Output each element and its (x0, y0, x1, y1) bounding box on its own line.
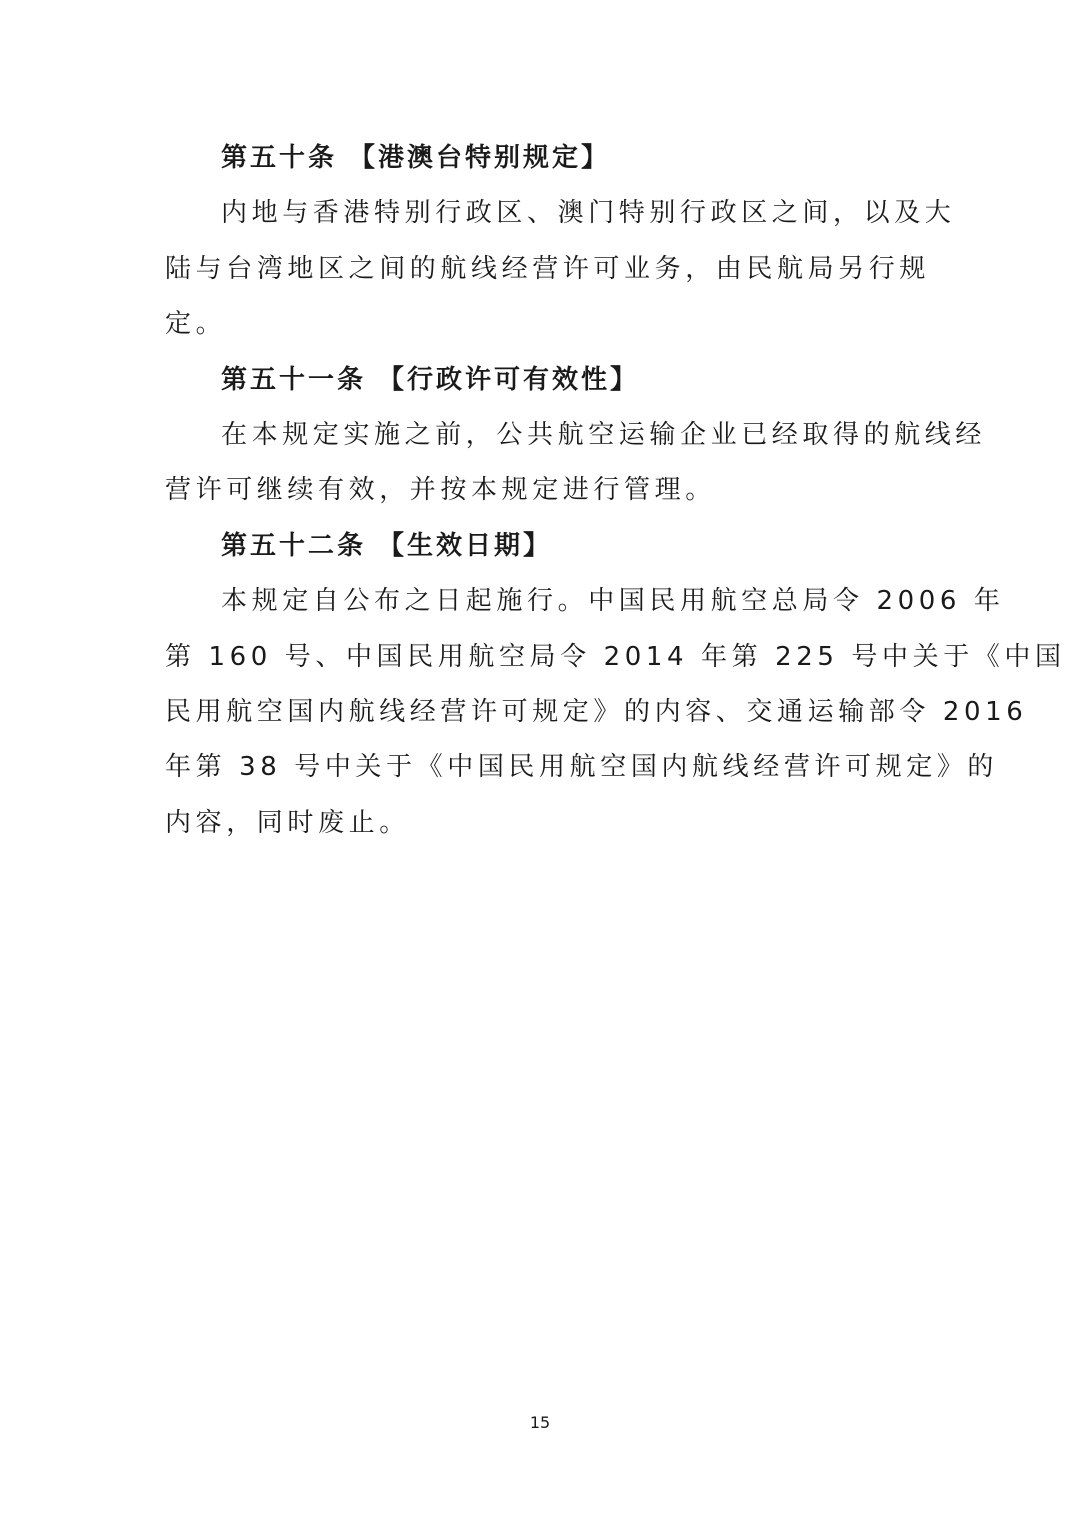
article-50: 第五十条 【港澳台特别规定】 内地与香港特别行政区、澳门特别行政区之间，以及大 … (165, 131, 917, 353)
document-page: 第五十条 【港澳台特别规定】 内地与香港特别行政区、澳门特别行政区之间，以及大 … (0, 0, 1080, 1526)
paragraph-line: 陆与台湾地区之间的航线经营许可业务，由民航局另行规 (165, 242, 917, 297)
paragraph-line: 第 160 号、中国民用航空局令 2014 年第 225 号中关于《中国 (165, 630, 917, 685)
paragraph-line: 本规定自公布之日起施行。中国民用航空总局令 2006 年 (165, 574, 917, 629)
paragraph-line: 营许可继续有效，并按本规定进行管理。 (165, 463, 917, 518)
article-heading: 第五十二条 【生效日期】 (165, 519, 917, 574)
article-heading: 第五十一条 【行政许可有效性】 (165, 353, 917, 408)
paragraph-line: 定。 (165, 297, 917, 352)
paragraph-line: 在本规定实施之前，公共航空运输企业已经取得的航线经 (165, 408, 917, 463)
page-number: 15 (0, 1413, 1080, 1432)
article-heading: 第五十条 【港澳台特别规定】 (165, 131, 917, 186)
document-body: 第五十条 【港澳台特别规定】 内地与香港特别行政区、澳门特别行政区之间，以及大 … (165, 131, 917, 851)
article-52: 第五十二条 【生效日期】 本规定自公布之日起施行。中国民用航空总局令 2006 … (165, 519, 917, 851)
article-51: 第五十一条 【行政许可有效性】 在本规定实施之前，公共航空运输企业已经取得的航线… (165, 353, 917, 519)
paragraph-line: 内地与香港特别行政区、澳门特别行政区之间，以及大 (165, 186, 917, 241)
paragraph-line: 年第 38 号中关于《中国民用航空国内航线经营许可规定》的 (165, 740, 917, 795)
paragraph-line: 民用航空国内航线经营许可规定》的内容、交通运输部令 2016 (165, 685, 917, 740)
paragraph-line: 内容，同时废止。 (165, 796, 917, 851)
